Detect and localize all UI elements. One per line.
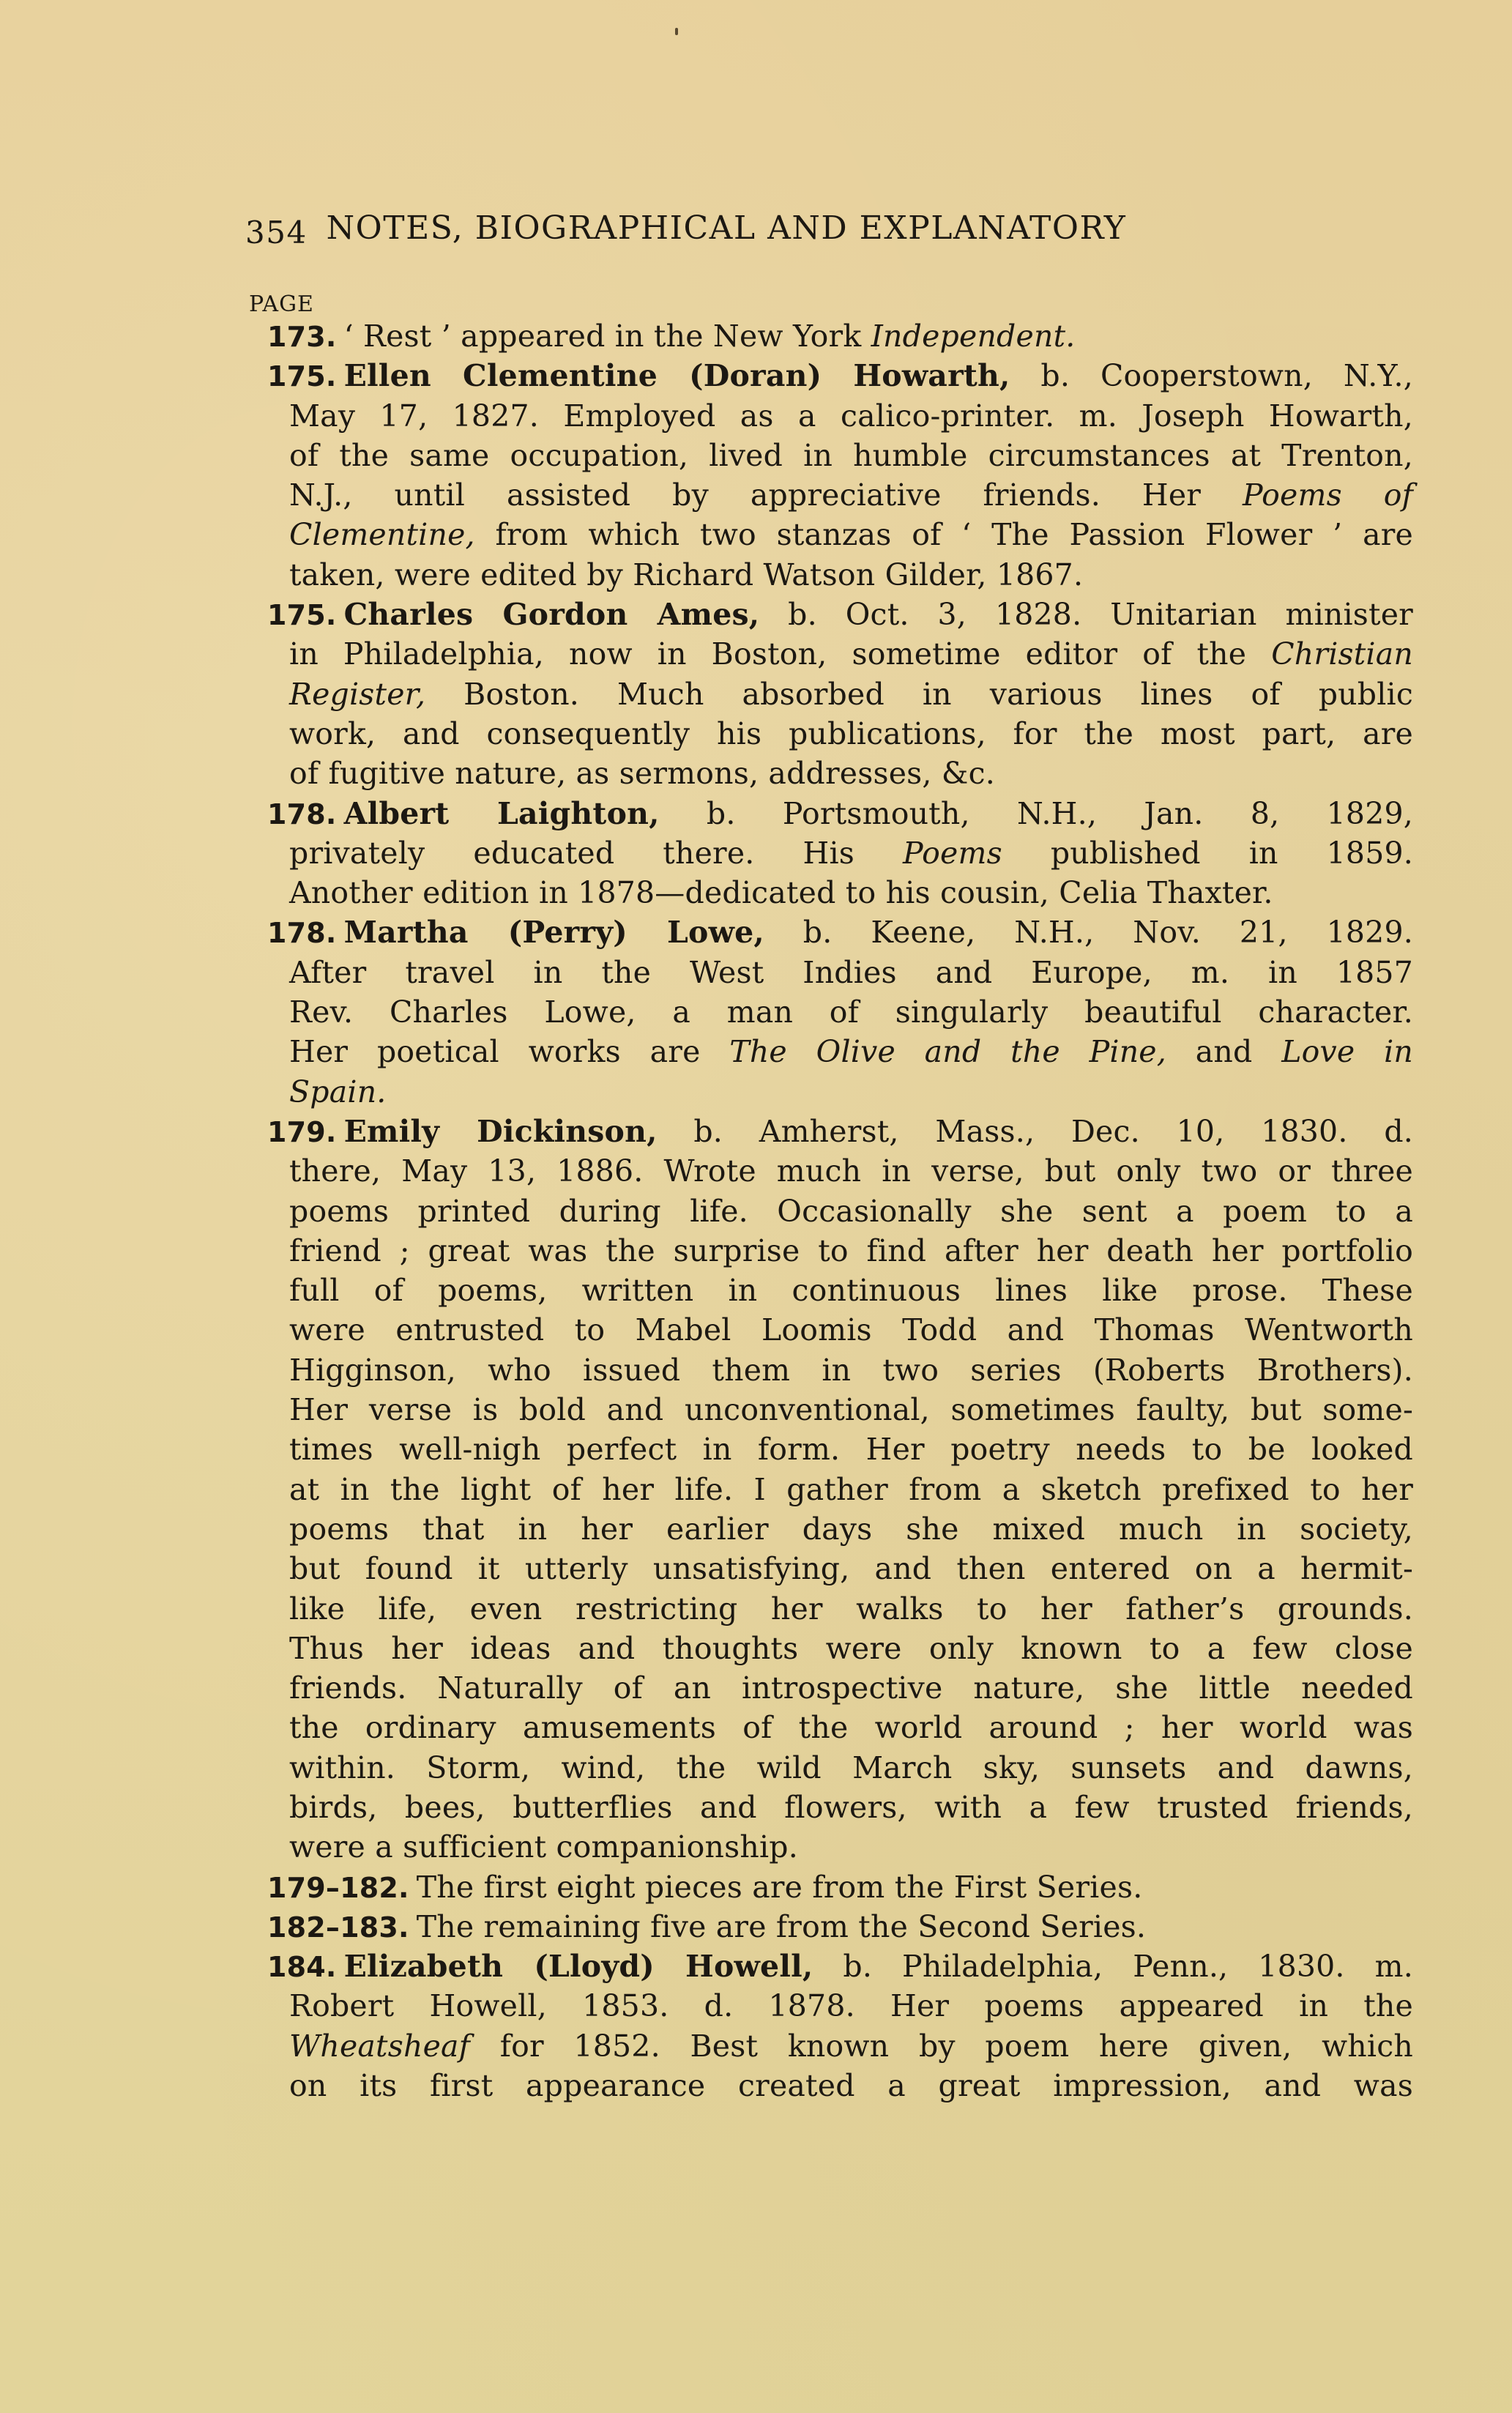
- note-line: birds, bees, butterflies and flowers, wi…: [267, 1788, 1413, 1827]
- note-line: but found it utterly unsatisfying, and t…: [267, 1549, 1413, 1588]
- page-number: 354: [245, 215, 308, 250]
- note-text: b. Oct. 3, 1828. Unitarian minister: [759, 597, 1413, 632]
- note-text: The remaining five are from the Second S…: [417, 1909, 1146, 1944]
- note-line: Robert Howell, 1853. d. 1878. Her poems …: [267, 1986, 1413, 2026]
- note-line: within. Storm, wind, the wild March sky,…: [267, 1748, 1413, 1788]
- note-text: work, and consequently his publications,…: [289, 716, 1413, 751]
- note-text: were a sufficient companionship.: [289, 1829, 798, 1864]
- note-entry: 178.Martha (Perry) Lowe, b. Keene, N.H.,…: [267, 912, 1413, 1111]
- paper-speck: [675, 28, 678, 35]
- note-line: there, May 13, 1886. Wrote much in verse…: [267, 1151, 1413, 1191]
- note-line: poems printed during life. Occasionally …: [267, 1191, 1413, 1231]
- note-entry: 175.Charles Gordon Ames, b. Oct. 3, 1828…: [267, 595, 1413, 793]
- note-text: Another edition in 1878—dedicated to his…: [289, 875, 1273, 910]
- note-line: full of poems, written in continuous lin…: [267, 1271, 1413, 1310]
- note-text: b. Cooperstown, N.Y.,: [1010, 358, 1414, 393]
- person-name: Ellen Clementine (Doran) Howarth,: [344, 358, 1010, 393]
- note-line: Rev. Charles Lowe, a man of singularly b…: [267, 992, 1413, 1032]
- note-line: Her verse is bold and unconventional, so…: [267, 1390, 1413, 1429]
- note-text: b. Portsmouth, N.H., Jan. 8, 1829,: [660, 796, 1413, 831]
- work-title: Wheatsheaf: [289, 2029, 470, 2064]
- book-page: 354NOTES, BIOGRAPHICAL AND EXPLANATORY P…: [0, 0, 1512, 2413]
- note-entry: 178.Albert Laighton, b. Portsmouth, N.H.…: [267, 794, 1413, 913]
- note-line: After travel in the West Indies and Euro…: [267, 953, 1413, 992]
- note-text: the ordinary amusements of the world aro…: [289, 1710, 1413, 1745]
- note-text: times well-nigh perfect in form. Her poe…: [289, 1432, 1413, 1467]
- note-text: on its first appearance created a great …: [289, 2068, 1413, 2103]
- note-page-ref: 184.: [267, 1951, 337, 1983]
- note-line: taken, were edited by Richard Watson Gil…: [267, 555, 1413, 595]
- note-page-ref: 179.: [267, 1116, 337, 1148]
- person-name: Elizabeth (Lloyd) Howell,: [344, 1949, 813, 1984]
- page-column-label: PAGE: [249, 291, 314, 317]
- note-line: poems that in her earlier days she mixed…: [267, 1509, 1413, 1549]
- note-line: 175.Charles Gordon Ames, b. Oct. 3, 1828…: [267, 595, 1413, 634]
- note-text: published in 1859.: [1002, 836, 1413, 871]
- note-line: Higginson, who issued them in two series…: [267, 1350, 1413, 1390]
- note-line: Spain.: [267, 1072, 1413, 1112]
- note-line: 175.Ellen Clementine (Doran) Howarth, b.…: [267, 356, 1413, 395]
- note-text: Higginson, who issued them in two series…: [289, 1353, 1413, 1388]
- note-line: 178.Albert Laighton, b. Portsmouth, N.H.…: [267, 794, 1413, 833]
- note-text: Boston. Much absorbed in various lines o…: [425, 677, 1413, 712]
- note-line: of fugitive nature, as sermons, addresse…: [267, 754, 1413, 793]
- note-line: Clementine, from which two stanzas of ‘ …: [267, 515, 1413, 554]
- note-text: After travel in the West Indies and Euro…: [289, 955, 1413, 990]
- work-title: Register,: [289, 677, 425, 712]
- work-title: Love in: [1281, 1034, 1413, 1069]
- note-line: on its first appearance created a great …: [267, 2066, 1413, 2105]
- note-entry: 175.Ellen Clementine (Doran) Howarth, b.…: [267, 356, 1413, 595]
- work-title: Spain.: [289, 1074, 387, 1109]
- note-text: and: [1166, 1034, 1281, 1069]
- note-text: ‘ Rest ’ appeared in the New York: [344, 319, 871, 354]
- note-line: Register, Boston. Much absorbed in vario…: [267, 674, 1413, 714]
- note-line: in Philadelphia, now in Boston, sometime…: [267, 634, 1413, 674]
- note-line: Her poetical works are The Olive and the…: [267, 1032, 1413, 1071]
- note-line: privately educated there. His Poems publ…: [267, 833, 1413, 873]
- note-text: at in the light of her life. I gather fr…: [289, 1472, 1413, 1507]
- note-text: taken, were edited by Richard Watson Gil…: [289, 557, 1083, 592]
- note-text: N.J., until assisted by appreciative fri…: [289, 477, 1243, 513]
- note-text: from which two stanzas of ‘ The Passion …: [475, 517, 1413, 552]
- note-line: Wheatsheaf for 1852. Best known by poem …: [267, 2026, 1413, 2066]
- note-text: within. Storm, wind, the wild March sky,…: [289, 1750, 1413, 1785]
- note-page-ref: 182–183.: [267, 1911, 409, 1944]
- running-head-title: NOTES, BIOGRAPHICAL AND EXPLANATORY: [327, 209, 1127, 247]
- note-text: Her verse is bold and unconventional, so…: [289, 1392, 1413, 1427]
- work-title: Clementine,: [289, 517, 475, 552]
- work-title: Independent.: [871, 319, 1076, 354]
- note-line: 179–182.The first eight pieces are from …: [267, 1867, 1413, 1907]
- note-line: were a sufficient companionship.: [267, 1827, 1413, 1867]
- note-line: May 17, 1827. Employed as a calico-print…: [267, 396, 1413, 436]
- note-line: of the same occupation, lived in humble …: [267, 436, 1413, 475]
- work-title: Christian: [1271, 636, 1413, 672]
- note-text: b. Keene, N.H., Nov. 21, 1829.: [764, 915, 1413, 950]
- note-page-ref: 175.: [267, 360, 337, 393]
- note-entry: 173.‘ Rest ’ appeared in the New York In…: [267, 316, 1413, 356]
- note-text: b. Amherst, Mass., Dec. 10, 1830. d.: [658, 1114, 1413, 1149]
- note-text: May 17, 1827. Employed as a calico-print…: [289, 398, 1413, 434]
- note-line: were entrusted to Mabel Loomis Todd and …: [267, 1310, 1413, 1350]
- note-text: Thus her ideas and thoughts were only kn…: [289, 1631, 1413, 1666]
- note-text: privately educated there. His: [289, 836, 903, 871]
- note-line: friend ; great was the surprise to find …: [267, 1231, 1413, 1271]
- note-entry: 179–182.The first eight pieces are from …: [267, 1867, 1413, 1907]
- note-line: 173.‘ Rest ’ appeared in the New York In…: [267, 316, 1413, 356]
- note-text: like life, even restricting her walks to…: [289, 1591, 1413, 1626]
- note-line: Another edition in 1878—dedicated to his…: [267, 873, 1413, 912]
- person-name: Martha (Perry) Lowe,: [344, 915, 764, 950]
- note-text: of the same occupation, lived in humble …: [289, 438, 1413, 473]
- note-line: like life, even restricting her walks to…: [267, 1589, 1413, 1629]
- note-text: Rev. Charles Lowe, a man of singularly b…: [289, 994, 1413, 1030]
- note-text: of fugitive nature, as sermons, addresse…: [289, 756, 995, 791]
- note-line: friends. Naturally of an introspective n…: [267, 1668, 1413, 1708]
- notes-list: 173.‘ Rest ’ appeared in the New York In…: [267, 316, 1413, 2105]
- note-text: there, May 13, 1886. Wrote much in verse…: [289, 1153, 1413, 1189]
- note-text: birds, bees, butterflies and flowers, wi…: [289, 1790, 1413, 1825]
- note-line: Thus her ideas and thoughts were only kn…: [267, 1629, 1413, 1668]
- note-text: The first eight pieces are from the Firs…: [417, 1870, 1143, 1905]
- note-text: Robert Howell, 1853. d. 1878. Her poems …: [289, 1988, 1413, 2023]
- note-page-ref: 178.: [267, 917, 337, 949]
- work-title: The Olive and the Pine,: [729, 1034, 1166, 1069]
- note-text: for 1852. Best known by poem here given,…: [470, 2029, 1413, 2064]
- note-text: full of poems, written in continuous lin…: [289, 1273, 1413, 1308]
- note-entry: 179.Emily Dickinson, b. Amherst, Mass., …: [267, 1112, 1413, 1867]
- note-page-ref: 179–182.: [267, 1872, 409, 1904]
- person-name: Albert Laighton,: [344, 796, 660, 831]
- note-page-ref: 178.: [267, 798, 337, 830]
- work-title: Poems: [903, 836, 1002, 871]
- note-text: Her poetical works are: [289, 1034, 729, 1069]
- person-name: Emily Dickinson,: [344, 1114, 658, 1149]
- note-text: but found it utterly unsatisfying, and t…: [289, 1551, 1413, 1586]
- note-line: 184.Elizabeth (Lloyd) Howell, b. Philade…: [267, 1947, 1413, 1986]
- note-entry: 182–183.The remaining five are from the …: [267, 1907, 1413, 1947]
- note-text: in Philadelphia, now in Boston, sometime…: [289, 636, 1271, 672]
- note-line: the ordinary amusements of the world aro…: [267, 1708, 1413, 1747]
- note-text: were entrusted to Mabel Loomis Todd and …: [289, 1312, 1413, 1347]
- note-page-ref: 173.: [267, 321, 337, 353]
- note-line: at in the light of her life. I gather fr…: [267, 1470, 1413, 1509]
- note-line: 182–183.The remaining five are from the …: [267, 1907, 1413, 1947]
- running-head: 354NOTES, BIOGRAPHICAL AND EXPLANATORY: [245, 209, 1417, 250]
- note-line: 178.Martha (Perry) Lowe, b. Keene, N.H.,…: [267, 912, 1413, 952]
- person-name: Charles Gordon Ames,: [344, 597, 760, 632]
- note-line: work, and consequently his publications,…: [267, 714, 1413, 754]
- note-line: times well-nigh perfect in form. Her poe…: [267, 1429, 1413, 1469]
- note-text: poems printed during life. Occasionally …: [289, 1194, 1413, 1229]
- note-line: 179.Emily Dickinson, b. Amherst, Mass., …: [267, 1112, 1413, 1151]
- note-entry: 184.Elizabeth (Lloyd) Howell, b. Philade…: [267, 1947, 1413, 2105]
- work-title: Poems of: [1243, 477, 1413, 513]
- note-page-ref: 175.: [267, 599, 337, 631]
- note-text: b. Philadelphia, Penn., 1830. m.: [813, 1949, 1413, 1984]
- note-line: N.J., until assisted by appreciative fri…: [267, 475, 1413, 515]
- note-text: poems that in her earlier days she mixed…: [289, 1512, 1413, 1547]
- note-text: friends. Naturally of an introspective n…: [289, 1670, 1413, 1706]
- note-text: friend ; great was the surprise to find …: [289, 1233, 1413, 1268]
